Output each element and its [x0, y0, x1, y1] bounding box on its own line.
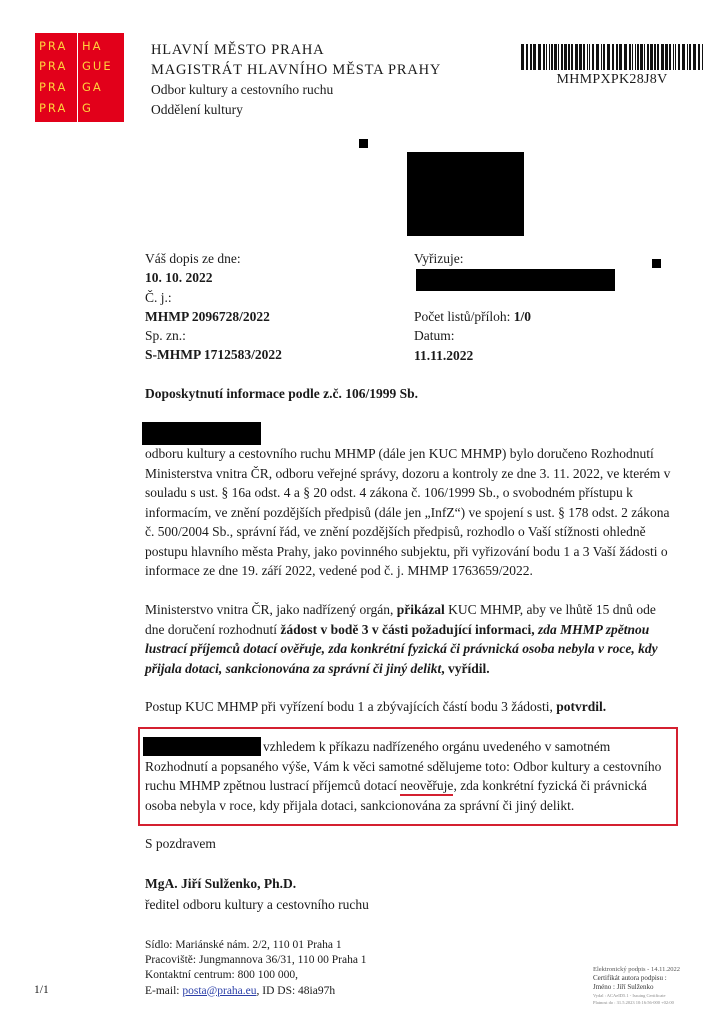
esig-line-3: Jméno : Jiří Sulženko	[593, 983, 703, 992]
closing: S pozdravem	[145, 836, 216, 852]
logo-text: GA	[82, 82, 113, 94]
barcode-icon	[521, 44, 703, 70]
file-number: S-MHMP 1712583/2022	[145, 347, 282, 362]
file-number-label: Sp. zn.:	[145, 326, 282, 345]
signatory-name: MgA. Jiří Sulženko, Ph.D.	[145, 876, 296, 892]
redacted-address	[407, 152, 524, 236]
p2-bold: žádost v bodě 3 v části požadující infor…	[280, 622, 538, 637]
praha-logo: PRA PRA PRA PRA HA GUE GA G	[35, 33, 124, 122]
logo-left-column: PRA PRA PRA PRA	[35, 33, 78, 122]
logo-text: G	[82, 103, 113, 115]
paragraph-2: Ministerstvo vnitra ČR, jako nadřízený o…	[145, 600, 675, 678]
logo-text: PRA	[39, 103, 77, 115]
reference-block: Váš dopis ze dne: 10. 10. 2022 Č. j.: MH…	[145, 249, 282, 365]
org-line-1: HLAVNÍ MĚSTO PRAHA	[151, 40, 441, 60]
p3-text: Postup KUC MHMP při vyřízení bodu 1 a zb…	[145, 699, 556, 714]
highlight-underlined-word: neověřuje	[400, 778, 453, 796]
esig-line-2: Certifikát autora podpisu :	[593, 974, 703, 983]
p2-bold: , vyřídil.	[441, 661, 489, 676]
redacted-salutation	[142, 422, 261, 445]
logo-text: PRA	[39, 41, 77, 53]
logo-text: HA	[82, 41, 113, 53]
esig-line-4: Vydal : ACAeID5.1 - Issuing Certificate	[593, 992, 703, 999]
date-label: Datum:	[414, 326, 531, 345]
esig-line-1: Elektronický podpis - 14.11.2022	[593, 965, 703, 974]
redacted-handler	[416, 269, 615, 291]
logo-text: GUE	[82, 61, 113, 73]
barcode-code: MHMPXPK28J8V	[521, 72, 703, 88]
org-line-2: MAGISTRÁT HLAVNÍHO MĚSTA PRAHY	[151, 60, 441, 80]
ref-number: MHMP 2096728/2022	[145, 309, 270, 324]
org-line-3: Odbor kultury a cestovního ruchu	[151, 80, 441, 100]
footer-email-link[interactable]: posta@praha.eu	[182, 985, 256, 997]
paragraph-3: Postup KUC MHMP při vyřízení bodu 1 a zb…	[145, 697, 675, 717]
footer-address: Sídlo: Mariánské nám. 2/2, 110 01 Praha …	[145, 938, 367, 999]
paragraph-1: odboru kultury a cestovního ruchu MHMP (…	[145, 444, 675, 581]
handler-label: Vyřizuje:	[414, 249, 464, 268]
org-line-4: Oddělení kultury	[151, 100, 441, 120]
p2-bold: přikázal	[397, 602, 445, 617]
footer-ds: , ID DS: 48ia97h	[257, 985, 336, 997]
p2-text: Ministerstvo vnitra ČR, jako nadřízený o…	[145, 602, 397, 617]
address-mark-icon	[359, 139, 368, 148]
handler-block: Vyřizuje:	[414, 249, 464, 268]
pages-block: Počet listů/příloh: 1/0 Datum: 11.11.202…	[414, 307, 531, 365]
pages-label: Počet listů/příloh:	[414, 309, 510, 324]
electronic-signature-stamp: Elektronický podpis - 14.11.2022 Certifi…	[593, 965, 703, 1006]
signatory-title: ředitel odboru kultury a cestovního ruch…	[145, 897, 369, 913]
logo-text: PRA	[39, 61, 77, 73]
page-number: 1/1	[34, 984, 49, 996]
redacted-highlight-start	[143, 737, 261, 756]
address-mark-icon	[652, 259, 661, 268]
your-letter-date: 10. 10. 2022	[145, 270, 213, 285]
your-letter-label: Váš dopis ze dne:	[145, 249, 282, 268]
pages-value: 1/0	[514, 309, 531, 324]
footer-seat: Sídlo: Mariánské nám. 2/2, 110 01 Praha …	[145, 938, 367, 953]
subject-heading: Doposkytnutí informace podle z.č. 106/19…	[145, 386, 418, 402]
paragraph-1-text: odboru kultury a cestovního ruchu MHMP (…	[145, 444, 675, 581]
logo-right-column: HA GUE GA G	[78, 33, 113, 122]
organization-header: HLAVNÍ MĚSTO PRAHA MAGISTRÁT HLAVNÍHO MĚ…	[151, 40, 441, 120]
date-value: 11.11.2022	[414, 348, 473, 363]
footer-contact: Kontaktní centrum: 800 100 000,	[145, 968, 367, 983]
p3-bold: potvrdil.	[556, 699, 606, 714]
esig-line-5: Platnost do : 31.5.2023 10:16:56-000 +02…	[593, 999, 703, 1006]
footer-email-label: E-mail:	[145, 985, 182, 997]
logo-text: PRA	[39, 82, 77, 94]
footer-workplace: Pracoviště: Jungmannova 36/31, 110 00 Pr…	[145, 953, 367, 968]
ref-number-label: Č. j.:	[145, 288, 282, 307]
